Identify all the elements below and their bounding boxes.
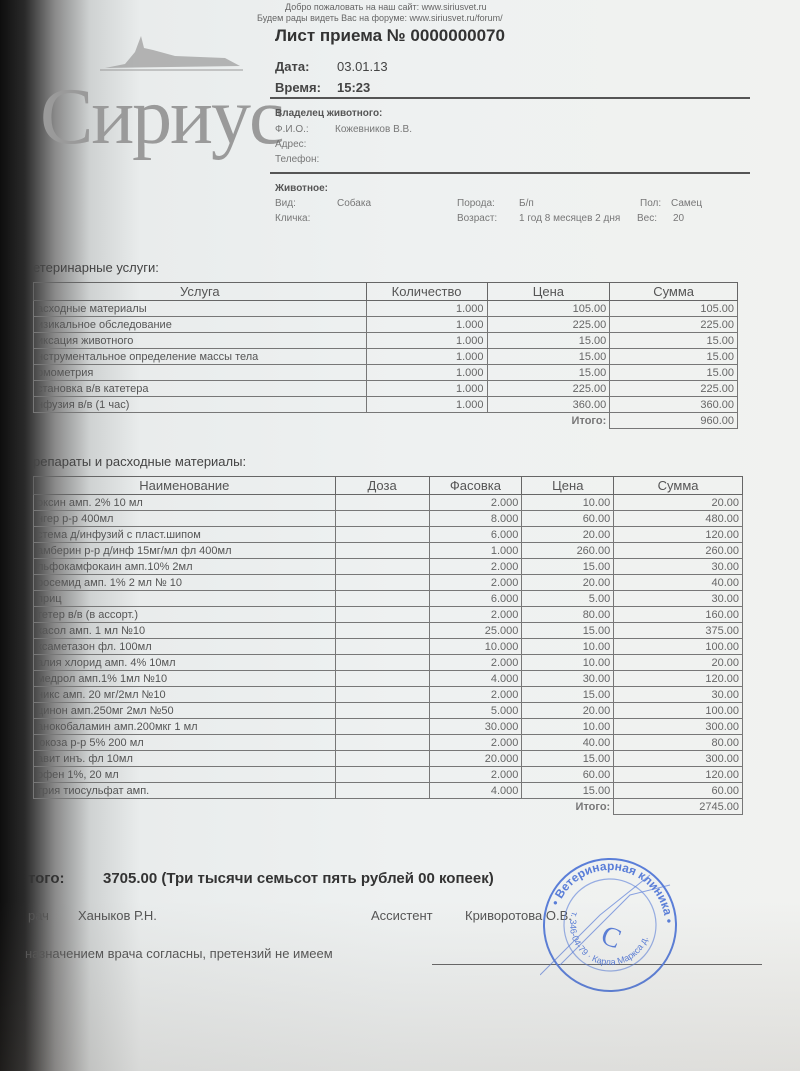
cell-qty: 1.000 [366,349,487,365]
cell-dose [335,591,429,607]
table-row: юкоза р-р 5% 200 мл2.00040.0080.00 [34,735,743,751]
species-value: Собака [337,198,371,209]
col-sum: Сумма [614,477,743,495]
cell-sum: 100.00 [614,703,743,719]
cell-pack: 2.000 [429,607,522,623]
cell-sum: 105.00 [610,301,738,317]
table-row: ксаметазон фл. 100мл10.00010.00100.00 [34,639,743,655]
cell-name: анокобаламин амп.200мкг 1 мл [34,719,336,735]
col-quantity: Количество [366,283,487,301]
cell-dose [335,607,429,623]
table-row: рмометрия1.00015.0015.00 [34,365,738,381]
cell-sum: 120.00 [614,671,743,687]
cell-dose [335,575,429,591]
services-total-label: Итого: [487,413,610,429]
table-row: нфузия в/в (1 час)1.000360.00360.00 [34,397,738,413]
cell-price: 10.00 [522,495,614,511]
cell-price: 15.00 [522,559,614,575]
date-value: 03.01.13 [337,59,388,74]
services-header-row: Услуга Количество Цена Сумма [34,283,738,301]
cell-dose [335,783,429,799]
cell-pack: 2.000 [429,687,522,703]
cell-name: касол амп. 1 мл №10 [34,623,336,639]
drugs-header-row: Наименование Доза Фасовка Цена Сумма [34,477,743,495]
age-value: 1 год 8 месяцев 2 дня [519,213,620,224]
table-row: медрол амп.1% 1мл №104.00030.00120.00 [34,671,743,687]
cell-qty: 1.000 [366,397,487,413]
cell-price: 15.00 [487,333,610,349]
cell-price: 60.00 [522,767,614,783]
grand-total-value: 3705.00 (Три тысячи семьсот пять рублей … [103,870,494,887]
cell-name: льфокамфокаин амп.10% 2мл [34,559,336,575]
table-row: асходные материалы1.000105.00105.00 [34,301,738,317]
clinic-stamp-icon: • Ветеринарная клиника • т. 346-04-79 · … [540,855,680,995]
cell-dose [335,767,429,783]
cell-price: 40.00 [522,735,614,751]
drugs-total-value: 2745.00 [614,799,743,815]
cell-pack: 2.000 [429,655,522,671]
cell-dose [335,735,429,751]
services-total-value: 960.00 [610,413,738,429]
cell-qty: 1.000 [366,301,487,317]
owner-phone-label: Телефон: [275,154,319,165]
cell-sum: 20.00 [614,655,743,671]
cell-qty: 1.000 [366,333,487,349]
cell-pack: 30.000 [429,719,522,735]
drugs-total-label: Итого: [522,799,614,815]
cell-dose [335,559,429,575]
drugs-table: Наименование Доза Фасовка Цена Сумма окс… [33,476,743,815]
cell-name: росемид амп. 1% 2 мл № 10 [34,575,336,591]
cell-sum: 30.00 [614,559,743,575]
cell-pack: 4.000 [429,671,522,687]
table-row: становка в/в катетера1.000225.00225.00 [34,381,738,397]
table-row: никс амп. 20 мг/2мл №102.00015.0030.00 [34,687,743,703]
table-row: изикальное обследование1.000225.00225.00 [34,317,738,333]
breed-label: Порода: [457,198,495,209]
table-row: нгер р-р 400мл8.00060.00480.00 [34,511,743,527]
col-sum: Сумма [610,283,738,301]
table-row: нструментальное определение массы тела1.… [34,349,738,365]
cell-price: 360.00 [487,397,610,413]
cell-sum: 15.00 [610,349,738,365]
cell-dose [335,703,429,719]
logo-text: Сириус [40,72,283,163]
svg-text:С: С [597,920,625,956]
cell-name: амберин р-р д/инф 15мг/мл фл 400мл [34,543,336,559]
table-row: офен 1%, 20 мл2.00060.00120.00 [34,767,743,783]
cell-qty: 1.000 [366,365,487,381]
cell-price: 20.00 [522,703,614,719]
doctor-label: рач [28,908,49,923]
table-row: тетер в/в (в ассорт.)2.00080.00160.00 [34,607,743,623]
cell-qty: 1.000 [366,317,487,333]
cell-dose [335,543,429,559]
cell-sum: 260.00 [614,543,743,559]
cell-price: 10.00 [522,655,614,671]
table-row: росемид амп. 1% 2 мл № 102.00020.0040.00 [34,575,743,591]
cell-name: изикальное обследование [34,317,367,333]
cell-name: никс амп. 20 мг/2мл №10 [34,687,336,703]
date-label: Дата: [275,59,309,74]
cell-price: 260.00 [522,543,614,559]
cell-name: становка в/в катетера [34,381,367,397]
table-row: стема д/инфузий с пласт.шипом6.00020.001… [34,527,743,543]
cell-pack: 2.000 [429,575,522,591]
cell-dose [335,655,429,671]
cell-sum: 120.00 [614,767,743,783]
sex-label: Пол: [640,198,661,209]
dog-logo-icon [95,28,245,78]
cell-price: 15.00 [487,365,610,381]
cell-name: ксаметазон фл. 100мл [34,639,336,655]
divider [270,97,750,99]
cell-sum: 30.00 [614,687,743,703]
sex-value: Самец [671,198,702,209]
table-row: трия тиосульфат амп.4.00015.0060.00 [34,783,743,799]
cell-price: 5.00 [522,591,614,607]
divider [270,172,750,174]
time-label: Время: [275,80,321,95]
cell-name: тетер в/в (в ассорт.) [34,607,336,623]
cell-sum: 15.00 [610,333,738,349]
cell-name: нгер р-р 400мл [34,511,336,527]
cell-name: авит инъ. фл 10мл [34,751,336,767]
cell-name: оксин амп. 2% 10 мл [34,495,336,511]
cell-name: офен 1%, 20 мл [34,767,336,783]
cell-price: 80.00 [522,607,614,623]
cell-dose [335,687,429,703]
col-name: Наименование [34,477,336,495]
cell-sum: 300.00 [614,719,743,735]
cell-pack: 2.000 [429,735,522,751]
table-row: анокобаламин амп.200мкг 1 мл30.00010.003… [34,719,743,735]
owner-name-value: Кожевников В.В. [335,124,412,135]
cell-sum: 160.00 [614,607,743,623]
cell-dose [335,671,429,687]
services-heading: етеринарные услуги: [33,260,159,275]
cell-sum: 300.00 [614,751,743,767]
services-table: Услуга Количество Цена Сумма асходные ма… [33,282,738,429]
cell-pack: 6.000 [429,591,522,607]
drugs-total-row: Итого:2745.00 [34,799,743,815]
table-row: льфокамфокаин амп.10% 2мл2.00015.0030.00 [34,559,743,575]
cell-dose [335,495,429,511]
breed-value: Б/п [519,198,534,209]
cell-sum: 480.00 [614,511,743,527]
cell-sum: 20.00 [614,495,743,511]
cell-dose [335,511,429,527]
cell-sum: 40.00 [614,575,743,591]
cell-name: алия хлорид амп. 4% 10мл [34,655,336,671]
cell-name: трия тиосульфат амп. [34,783,336,799]
cell-pack: 2.000 [429,559,522,575]
cell-dose [335,751,429,767]
cell-pack: 2.000 [429,767,522,783]
cell-name: медрол амп.1% 1мл №10 [34,671,336,687]
cell-dose [335,623,429,639]
table-row: приц6.0005.0030.00 [34,591,743,607]
owner-name-label: Ф.И.О.: [275,124,309,135]
col-service: Услуга [34,283,367,301]
drugs-heading: репараты и расходные материалы: [33,454,246,469]
cell-name: иксация животного [34,333,367,349]
page-title: Лист приема № 0000000070 [275,26,505,46]
weight-value: 20 [673,213,684,224]
col-dose: Доза [335,477,429,495]
cell-sum: 120.00 [614,527,743,543]
species-label: Вид: [275,198,296,209]
cell-name: юкоза р-р 5% 200 мл [34,735,336,751]
cell-name: стема д/инфузий с пласт.шипом [34,527,336,543]
cell-price: 30.00 [522,671,614,687]
cell-pack: 6.000 [429,527,522,543]
cell-sum: 100.00 [614,639,743,655]
table-row: авит инъ. фл 10мл20.00015.00300.00 [34,751,743,767]
cell-qty: 1.000 [366,381,487,397]
shadow-overlay [0,900,800,1071]
table-row: амберин р-р д/инф 15мг/мл фл 400мл1.0002… [34,543,743,559]
services-total-row: Итого:960.00 [34,413,738,429]
age-label: Возраст: [457,213,497,224]
cell-price: 10.00 [522,639,614,655]
weight-label: Вес: [637,213,657,224]
col-price: Цена [487,283,610,301]
time-value: 15:23 [337,80,370,95]
cell-pack: 4.000 [429,783,522,799]
cell-price: 20.00 [522,527,614,543]
forum-line: Будем рады видеть Вас на форуме: www.sir… [257,13,503,23]
cell-pack: 20.000 [429,751,522,767]
cell-sum: 225.00 [610,317,738,333]
doctor-name: Ханыков Р.Н. [78,908,157,923]
cell-price: 105.00 [487,301,610,317]
assistant-label: Ассистент [371,908,433,923]
cell-price: 15.00 [522,623,614,639]
cell-name: нфузия в/в (1 час) [34,397,367,413]
cell-price: 10.00 [522,719,614,735]
cell-pack: 10.000 [429,639,522,655]
cell-price: 60.00 [522,511,614,527]
cell-pack: 1.000 [429,543,522,559]
cell-sum: 360.00 [610,397,738,413]
cell-dose [335,719,429,735]
agreement-text: назначением врача согласны, претензий не… [25,946,333,961]
cell-pack: 2.000 [429,495,522,511]
cell-price: 225.00 [487,317,610,333]
cell-sum: 15.00 [610,365,738,381]
cell-name: рмометрия [34,365,367,381]
cell-price: 15.00 [522,783,614,799]
col-pack: Фасовка [429,477,522,495]
cell-name: приц [34,591,336,607]
cell-sum: 80.00 [614,735,743,751]
owner-heading: Владелец животного: [275,108,382,119]
animal-heading: Животное: [275,183,328,194]
cell-pack: 25.000 [429,623,522,639]
cell-sum: 60.00 [614,783,743,799]
cell-name: цинон амп.250мг 2мл №50 [34,703,336,719]
table-row: касол амп. 1 мл №1025.00015.00375.00 [34,623,743,639]
nickname-label: Кличка: [275,213,310,224]
cell-dose [335,527,429,543]
cell-price: 15.00 [522,687,614,703]
cell-price: 20.00 [522,575,614,591]
cell-sum: 225.00 [610,381,738,397]
cell-name: нструментальное определение массы тела [34,349,367,365]
table-row: иксация животного1.00015.0015.00 [34,333,738,349]
cell-pack: 8.000 [429,511,522,527]
welcome-line: Добро пожаловать на наш сайт: www.sirius… [285,2,487,12]
cell-price: 15.00 [487,349,610,365]
grand-total-label: того: [28,870,65,887]
cell-sum: 375.00 [614,623,743,639]
cell-price: 225.00 [487,381,610,397]
table-row: алия хлорид амп. 4% 10мл2.00010.0020.00 [34,655,743,671]
col-price: Цена [522,477,614,495]
cell-pack: 5.000 [429,703,522,719]
cell-name: асходные материалы [34,301,367,317]
cell-price: 15.00 [522,751,614,767]
cell-dose [335,639,429,655]
table-row: оксин амп. 2% 10 мл2.00010.0020.00 [34,495,743,511]
table-row: цинон амп.250мг 2мл №505.00020.00100.00 [34,703,743,719]
owner-address-label: Адрес: [275,139,306,150]
cell-sum: 30.00 [614,591,743,607]
